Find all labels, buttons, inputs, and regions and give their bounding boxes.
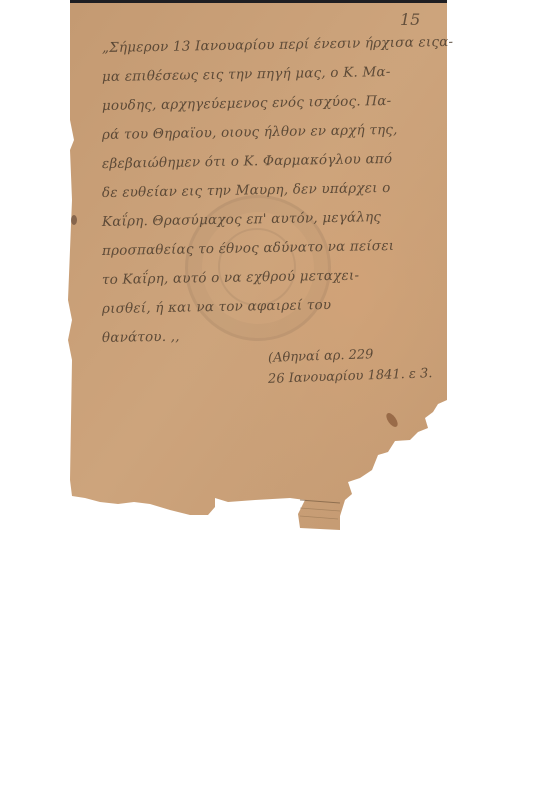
text-line: θανάτου. ,, bbox=[102, 318, 442, 353]
page-number: 15 bbox=[400, 10, 420, 29]
handwritten-text-body: „Σήμερον 13 Ιανουαρίου περί ένεσιν ήρχισ… bbox=[102, 34, 442, 353]
